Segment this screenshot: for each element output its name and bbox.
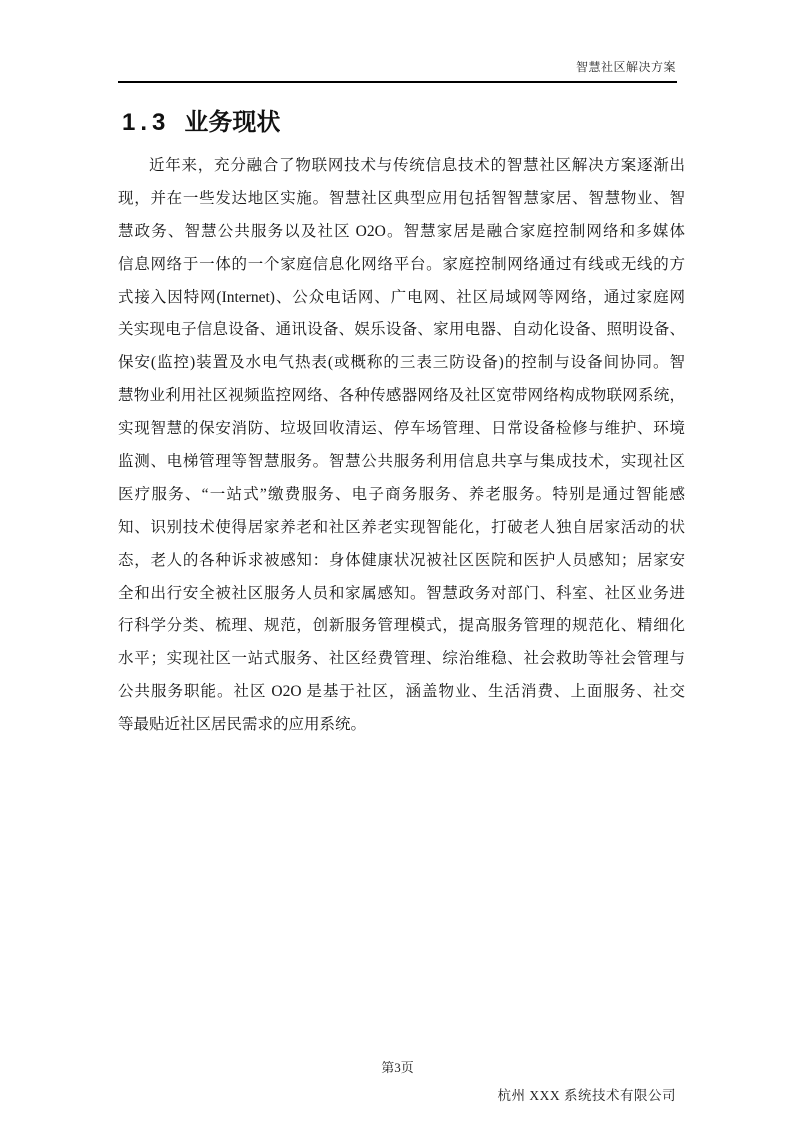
paragraph-line: 态，老人的各种诉求被感知：身体健康状况被社区医院和医护人员感知；居家安 (118, 545, 685, 578)
footer-page-number: 第3页 (118, 1057, 677, 1076)
paragraph-line: 关实现电子信息设备、通讯设备、娱乐设备、家用电器、自动化设备、照明设备、 (118, 314, 685, 347)
paragraph-line: 行科学分类、梳理、规范，创新服务管理模式，提高服务管理的规范化、精细化 (118, 610, 685, 643)
paragraph-line: 实现智慧的保安消防、垃圾回收清运、停车场管理、日常设备检修与维护、环境 (118, 413, 685, 446)
paragraph-line: 式接入因特网(Internet)、公众电话网、广电网、社区局域网等网络，通过家庭… (118, 282, 685, 315)
section-heading: 1.3业务现状 (122, 102, 280, 137)
paragraph-line: 慧政务、智慧公共服务以及社区 O2O。智慧家居是融合家庭控制网络和多媒体 (118, 216, 685, 249)
header-rule (118, 81, 677, 83)
body-paragraph: 近年来，充分融合了物联网技术与传统信息技术的智慧社区解决方案逐渐出 现，并在一些… (118, 150, 685, 742)
paragraph-line: 水平；实现社区一站式服务、社区经费管理、综治维稳、社会救助等社会管理与 (118, 643, 685, 676)
heading-title: 业务现状 (184, 109, 280, 136)
paragraph-line: 现，并在一些发达地区实施。智慧社区典型应用包括智智慧家居、智慧物业、智 (118, 183, 685, 216)
heading-number: 1.3 (122, 109, 170, 136)
paragraph-line: 知、识别技术使得居家养老和社区养老实现智能化，打破老人独自居家活动的状 (118, 512, 685, 545)
paragraph-line: 信息网络于一体的一个家庭信息化网络平台。家庭控制网络通过有线或无线的方 (118, 249, 685, 282)
paragraph-line: 全和出行安全被社区服务人员和家属感知。智慧政务对部门、科室、社区业务进 (118, 578, 685, 611)
header-title: 智慧社区解决方案 (576, 58, 676, 75)
paragraph-line: 监测、电梯管理等智慧服务。智慧公共服务利用信息共享与集成技术，实现社区 (118, 446, 685, 479)
paragraph-line: 保安(监控)装置及水电气热表(或概称的三表三防设备)的控制与设备间协同。智 (118, 347, 685, 380)
paragraph-line: 公共服务职能。社区 O2O 是基于社区，涵盖物业、生活消费、上面服务、社交 (118, 676, 685, 709)
paragraph-line: 慧物业利用社区视频监控网络、各种传感器网络及社区宽带网络构成物联网系统， (118, 380, 685, 413)
document-page: 智慧社区解决方案 1.3业务现状 近年来，充分融合了物联网技术与传统信息技术的智… (0, 0, 793, 1122)
paragraph-line: 等最贴近社区居民需求的应用系统。 (118, 709, 685, 742)
paragraph-line: 医疗服务、“一站式”缴费服务、电子商务服务、养老服务。特别是通过智能感 (118, 479, 685, 512)
paragraph-line: 近年来，充分融合了物联网技术与传统信息技术的智慧社区解决方案逐渐出 (118, 150, 685, 183)
footer-company: 杭州 XXX 系统技术有限公司 (498, 1084, 677, 1104)
